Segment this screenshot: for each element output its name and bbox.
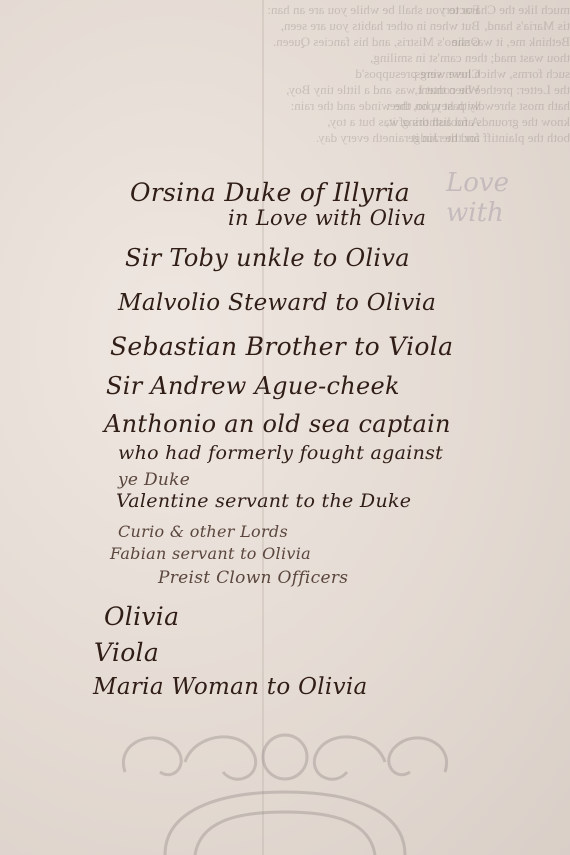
- bleed-line: such forms, which here were presuppos'd: [310, 66, 570, 82]
- handwritten-line: Malvolio Steward to Olivia: [118, 290, 436, 316]
- handwritten-line: Sebastian Brother to Viola: [110, 332, 453, 361]
- handwritten-line: in Love with Oliva: [228, 206, 426, 230]
- bleed-line: tis Maria's hand,: [310, 18, 570, 34]
- handwritten-line: Maria Woman to Olivia: [93, 674, 368, 700]
- handwritten-line: who had formerly fought against: [118, 442, 443, 464]
- bleed-line: the Letter: prethee be content,: [310, 82, 570, 98]
- bleed-line: much like the Character:: [310, 2, 570, 18]
- handwritten-line: Viola: [94, 638, 159, 667]
- bleed-through-right: much like the Character:tis Maria's hand…: [310, 2, 570, 146]
- handwritten-line: Preist Clown Officers: [158, 568, 348, 588]
- handwritten-line: Anthonio an old sea captain: [104, 410, 451, 438]
- handwritten-line: Olivia: [104, 602, 179, 631]
- bleed-line: hath most shrewdly past upon thee:: [310, 98, 570, 114]
- handwritten-line: Sir Andrew Ague-cheek: [106, 372, 400, 400]
- bleed-line: both the plaintiff and the Judge: [310, 130, 570, 146]
- handwritten-line: Valentine servant to the Duke: [116, 490, 411, 512]
- handwritten-line: Sir Toby unkle to Oliva: [125, 244, 410, 272]
- handwritten-line: Fabian servant to Olivia: [110, 544, 311, 563]
- handwritten-line: Curio & other Lords: [118, 522, 288, 541]
- printed-ornament-icon: [105, 712, 465, 855]
- bleed-line: Bethink me, it was she: [310, 34, 570, 50]
- handwritten-line: ye Duke: [118, 470, 190, 490]
- manuscript-page: For to you shall be while you are an han…: [0, 0, 570, 855]
- margin-note: Love with: [446, 168, 570, 228]
- bleed-line: know the grounds and authors of it,: [310, 114, 570, 130]
- bleed-line: thou wast mad; then cam'st in smiling,: [310, 50, 570, 66]
- handwritten-line: Orsina Duke of Illyria: [130, 178, 410, 207]
